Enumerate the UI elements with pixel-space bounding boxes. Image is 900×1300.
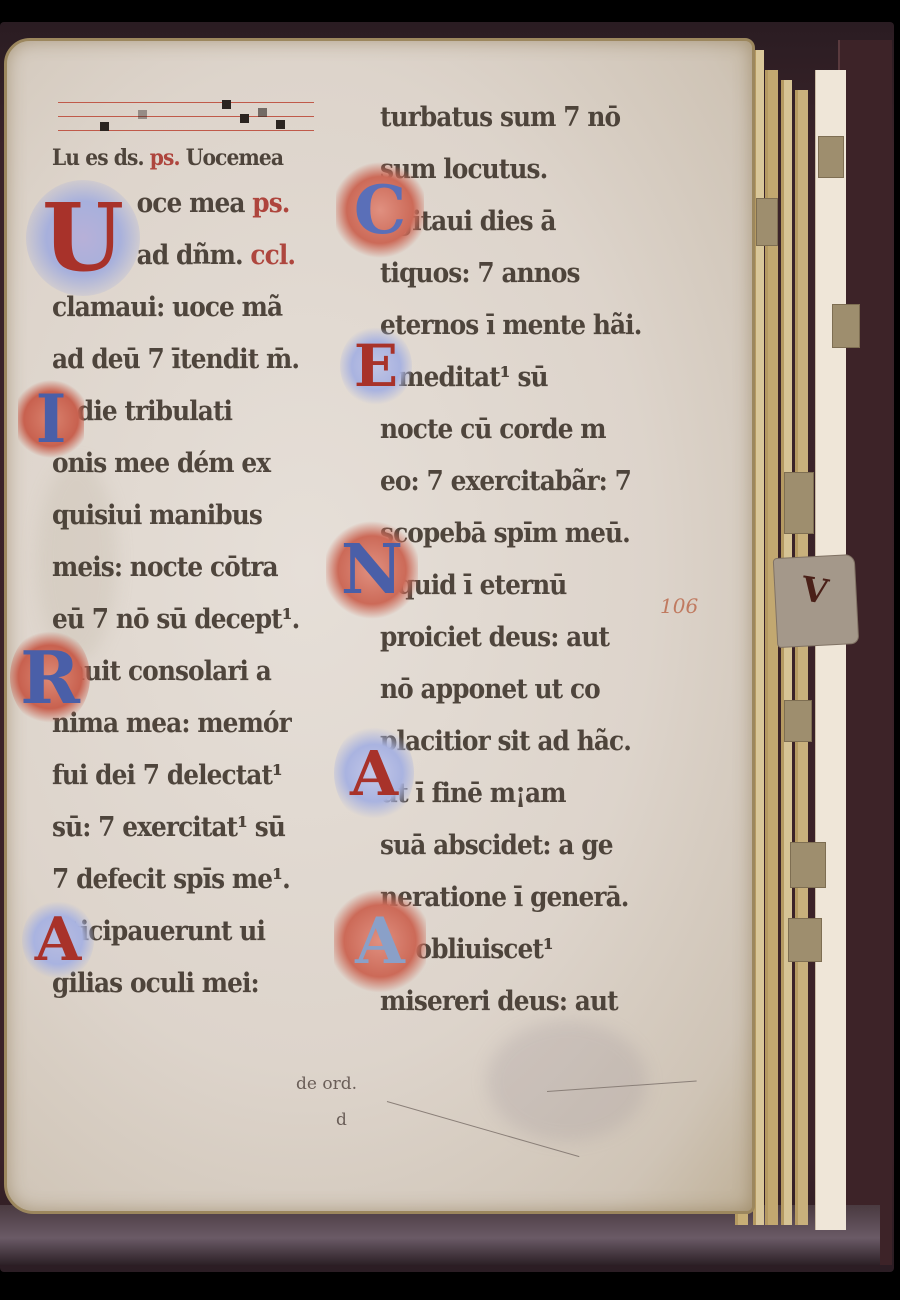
- illuminated-initial: E: [340, 326, 412, 406]
- text-line: suā abscidet: a ge: [380, 820, 619, 872]
- marginal-note: d: [336, 1110, 347, 1130]
- text-line: sū: 7 exercitat¹ sū: [52, 802, 300, 854]
- text-line: nocte cū corde m: [380, 404, 619, 456]
- page-tab[interactable]: [832, 304, 860, 348]
- page-tab[interactable]: [818, 136, 844, 178]
- page-tab[interactable]: [788, 918, 822, 962]
- text-line: n die tribulati: [52, 386, 300, 438]
- text-line: placitior sit ad hãc.: [380, 716, 619, 768]
- illuminated-initial: R: [10, 628, 90, 726]
- page-tab[interactable]: [784, 700, 812, 742]
- text-line: eo: 7 exercitabãr: 7: [380, 456, 619, 508]
- illuminated-initial: I: [18, 376, 84, 462]
- illuminated-initial: U: [26, 180, 140, 296]
- illuminated-initial: A: [22, 900, 94, 980]
- page-tab[interactable]: [756, 198, 778, 246]
- text-line: t meditat¹ sū: [380, 352, 619, 404]
- text-line: Lu es ds. ps. Uocemea: [52, 138, 300, 178]
- text-line: ut ī finē m¡am: [380, 768, 619, 820]
- illuminated-initial: C: [336, 160, 424, 260]
- cover-board-right: [838, 40, 892, 1265]
- illuminated-initial: A: [334, 886, 426, 996]
- text-line: 7 defecit spı̄s me¹.: [52, 854, 300, 906]
- text-line: ad deū 7 ītendit m̄.: [52, 334, 300, 386]
- neume-icon: [276, 120, 285, 129]
- text-line: turbatus sum 7 nō: [380, 92, 619, 144]
- text-line: onis mee dém ex: [52, 438, 300, 490]
- page-tab[interactable]: [784, 472, 814, 534]
- text-line: meis: nocte cōtra: [52, 542, 300, 594]
- neume-icon: [222, 100, 231, 109]
- text-line: nō apponet ut co: [380, 664, 619, 716]
- music-staff: [58, 98, 314, 134]
- illuminated-initial: A: [334, 724, 414, 822]
- thumb-tab[interactable]: V: [773, 554, 860, 648]
- neume-icon: [240, 114, 249, 123]
- neume-icon: [100, 122, 109, 131]
- text-line: eternos ī mente hãi.: [380, 300, 619, 352]
- neume-icon: [138, 110, 147, 119]
- text-line: quisiui manibus: [52, 490, 300, 542]
- page-tab[interactable]: [790, 842, 826, 888]
- marginal-note: de ord.: [296, 1074, 357, 1094]
- illuminated-initial: N: [326, 520, 418, 620]
- folio-number: 106: [660, 594, 698, 618]
- text-line: fui dei 7 delectat¹: [52, 750, 300, 802]
- neume-icon: [258, 108, 267, 117]
